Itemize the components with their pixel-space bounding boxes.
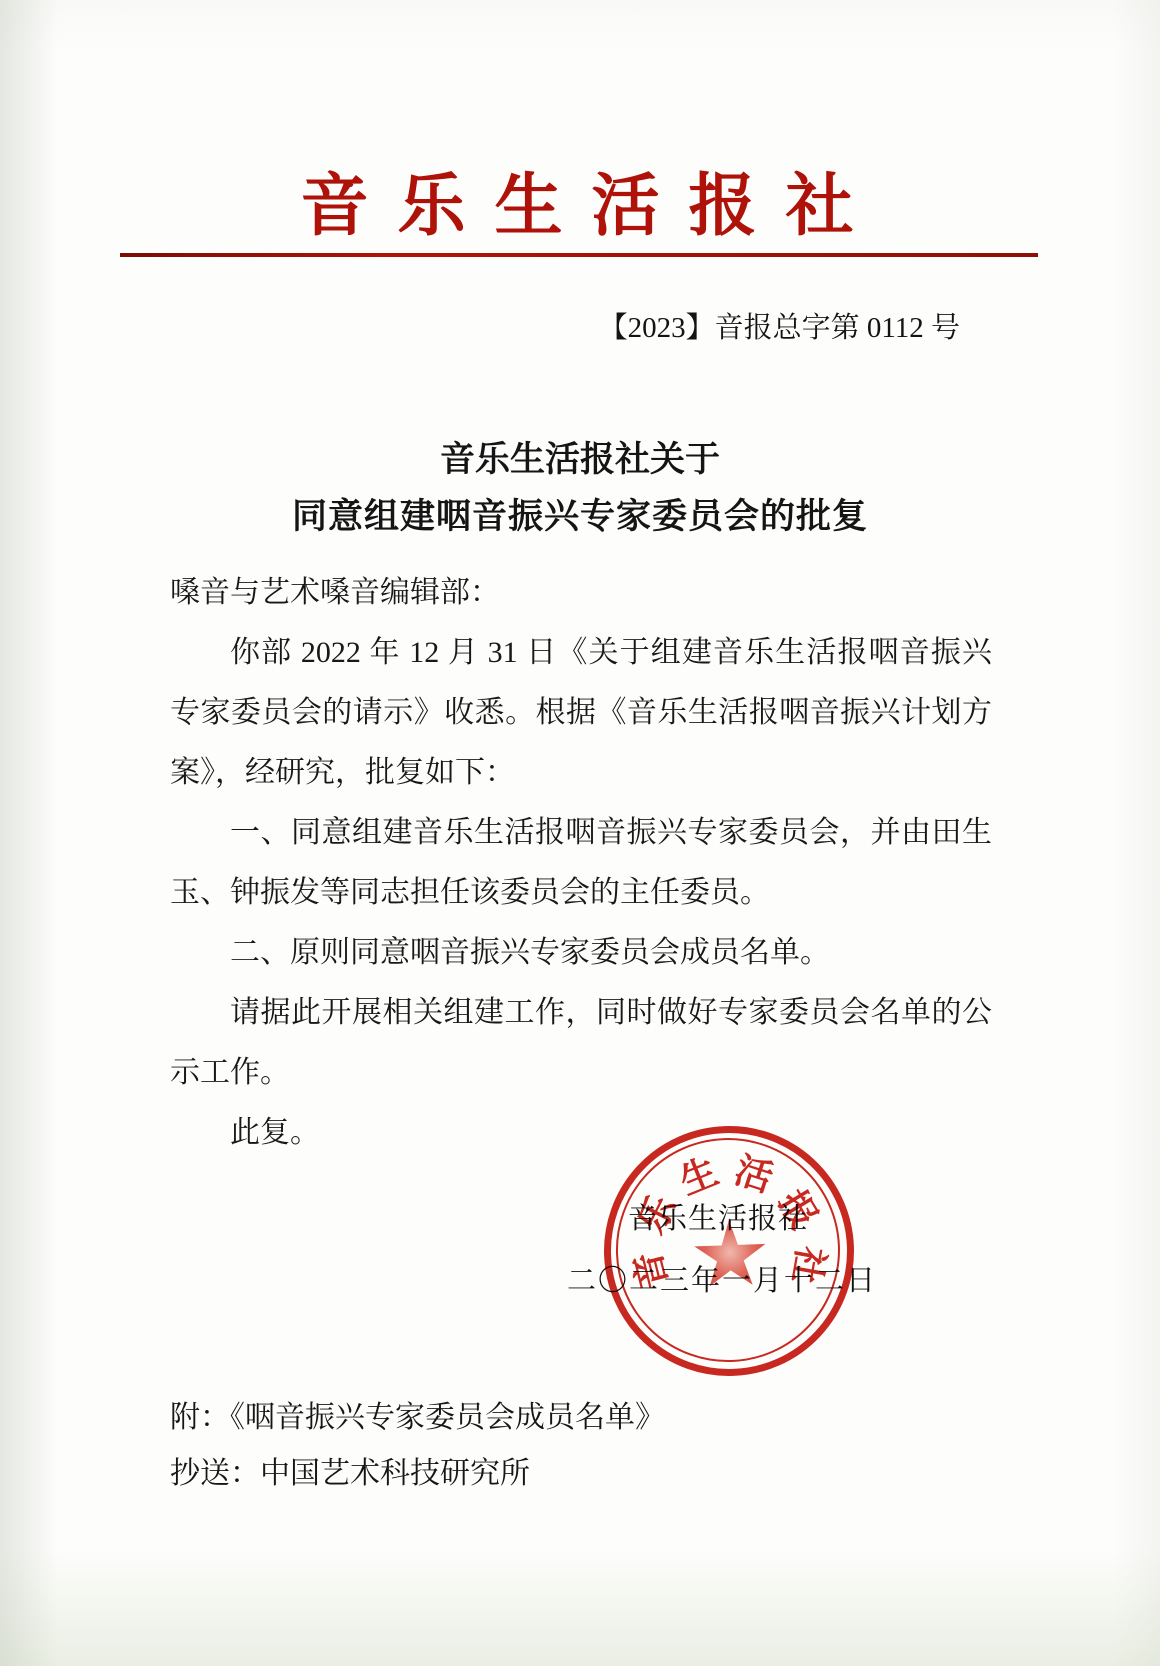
cc-note: 抄送：中国艺术科技研究所 [170,1448,530,1492]
attachment-note: 附：《咽音振兴专家委员会成员名单》 [170,1392,665,1436]
document-body: 嗓音与艺术嗓音编辑部： 你部 2022 年 12 月 31 日《关于组建音乐生活… [170,563,992,1163]
body-paragraph: 请据此开展相关组建工作，同时做好专家委员会名单的公示工作。 [170,983,992,1103]
body-paragraph: 二、原则同意咽音振兴专家委员会成员名单。 [170,923,992,983]
official-seal: 音乐生活报社 [600,1122,859,1381]
salutation: 嗓音与艺术嗓音编辑部： [170,563,992,623]
scanned-approval-document: { "letterhead": { "org_name": "音 乐 生 活 报… [0,0,1160,1666]
letterhead-red-rule [120,253,1038,257]
letterhead-org-name: 音 乐 生 活 报 社 [0,152,1160,249]
body-paragraph: 一、同意组建音乐生活报咽音振兴专家委员会，并由田生玉、钟振发等同志担任该委员会的… [170,803,992,923]
document-number: 【2023】音报总字第 0112 号 [0,305,1160,346]
body-paragraph: 你部 2022 年 12 月 31 日《关于组建音乐生活报咽音振兴专家委员会的请… [170,623,992,803]
document-title-line1: 音乐生活报社关于 [0,432,1160,482]
closing-phrase: 此复。 [170,1103,992,1163]
document-title-line2: 同意组建咽音振兴专家委员会的批复 [0,489,1160,539]
